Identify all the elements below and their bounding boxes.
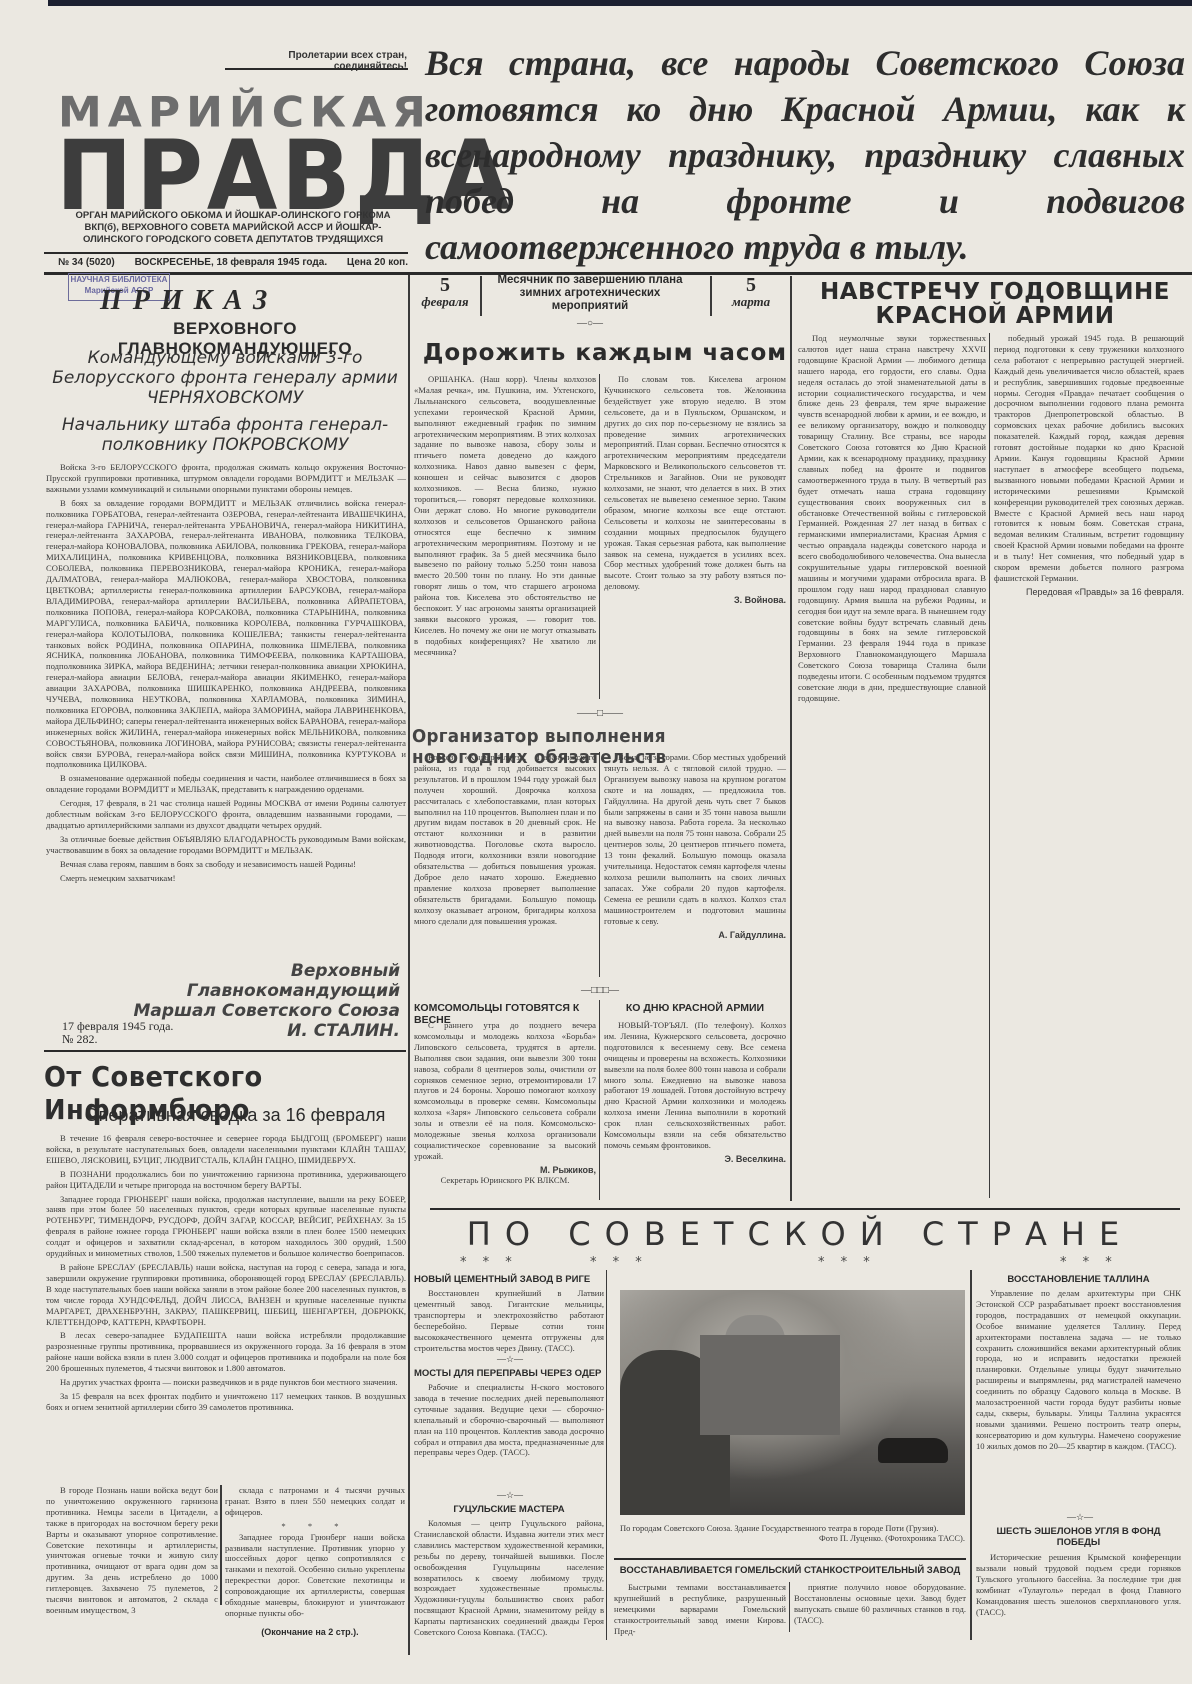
publisher-organ: ОРГАН МАРИЙСКОГО ОБКОМА И ЙОШКАР-ОЛИНСКО… [58, 210, 408, 246]
ornament: —☆— [1050, 1512, 1110, 1523]
ornament: —□□□— [560, 985, 640, 996]
coal-title: ШЕСТЬ ЭШЕЛОНОВ УГЛЯ В ФОНД ПОБЕДЫ [976, 1526, 1181, 1548]
sovinformburo-col-right: склада с патронами и 4 тысячи ручных гра… [225, 1485, 405, 1622]
continued-note: (Окончание на 2 стр.). [215, 1627, 405, 1637]
bridges-title: МОСТЫ ДЛЯ ПЕРЕПРАВЫ ЧЕРЕЗ ОДЕР [414, 1368, 604, 1379]
stars-ornament: * * * [818, 1255, 876, 1270]
month-end-date: 5марта [718, 276, 784, 310]
column-divider [408, 275, 410, 1655]
column-divider [989, 333, 990, 1198]
stars-ornament: * * * [460, 1255, 518, 1270]
lead-headline: Вся страна, все народы Советского Союза … [425, 40, 1185, 270]
agro-article-col2: По словам тов. Киселева агроном Кучкинск… [604, 374, 786, 605]
column-divider [790, 276, 792, 1201]
order-title: ПРИКАЗ [100, 285, 360, 317]
column-divider [599, 1000, 600, 1200]
agro-article-col1: ОРШАНКА. (Наш корр). Члены колхозов «Мал… [414, 374, 596, 661]
gomel-col2: приятие получило новое оборудование. Вос… [794, 1582, 966, 1629]
issue-date: ВОСКРЕСЕНЬЕ, 18 февраля 1945 года. [135, 257, 328, 268]
organizer-col1: Колхоз «Кыдыр-Ялдуз», Параньгинского рай… [414, 752, 596, 930]
order-addressee-commander: Командующему войсками 3-го Белорусского … [40, 348, 410, 408]
divider [480, 276, 482, 316]
anniversary-col2: победный урожай 1945 года. В решающий пе… [994, 333, 1184, 597]
column-divider [599, 752, 600, 977]
ornament: ——□—— [560, 708, 640, 719]
tallinn-text: Управление по делам архитектуры при СНК … [976, 1288, 1181, 1455]
ornament: —○— [560, 318, 620, 329]
column-divider [789, 1582, 790, 1632]
agro-article-title: Дорожить каждым часом [420, 340, 790, 366]
cement-title: НОВЫЙ ЦЕМЕНТНЫЙ ЗАВОД В РИГЕ [414, 1274, 604, 1285]
photo-caption: По городам Советского Союза. Здание Госу… [620, 1523, 965, 1543]
organizer-col2: Весна не за горами. Сбор местных удобрен… [604, 752, 786, 940]
order-date: 17 февраля 1945 года. № 282. [62, 1020, 173, 1046]
issue-line: № 34 (5020) ВОСКРЕСЕНЬЕ, 18 февраля 1945… [58, 257, 408, 268]
section-title-soviet-land: ПО СОВЕТСКОЙ СТРАНЕ [420, 1215, 1180, 1253]
month-start-date: 5февраля [414, 276, 476, 310]
ornament: —☆— [480, 1354, 540, 1365]
komsomol-text: С раннего утра до позднего вечера комсом… [414, 1020, 596, 1186]
issue-price: Цена 20 коп. [347, 257, 408, 268]
cement-text: Восстановлен крупнейший в Латвии цементн… [414, 1288, 604, 1356]
hutsul-text: Коломыя — центр Гуцульского района, Стан… [414, 1518, 604, 1641]
sovinformburo-body: В течение 16 февраля северо-восточнее и … [46, 1133, 406, 1416]
newspaper-page: Пролетарии всех стран, соединяйтесь! МАР… [0, 0, 1192, 1684]
scan-edge [48, 0, 1192, 6]
order-body: Войска 3-го БЕЛОРУССКОГО фронта, продолж… [46, 462, 406, 887]
sovinformburo-col-left: В городе Познань наши войска ведут бои п… [46, 1485, 218, 1619]
column-divider [599, 374, 600, 699]
coal-text: Исторические решения Крымской конференци… [976, 1552, 1181, 1620]
divider [44, 1050, 406, 1052]
anniversary-col1: Под неумолчные звуки торжественных салют… [798, 333, 986, 707]
order-addressee-chief-of-staff: Начальнику штаба фронта генерал-полковни… [40, 415, 410, 455]
agro-banner: Месячник по завершению плана зимних агро… [490, 274, 690, 313]
tallinn-title: ВОССТАНОВЛЕНИЕ ТАЛЛИНА [976, 1274, 1181, 1285]
divider [430, 1208, 1180, 1210]
stars-ornament: * * * [590, 1255, 648, 1270]
hutsul-title: ГУЦУЛЬСКИЕ МАСТЕРА [414, 1504, 604, 1515]
sovinformburo-subtitle: Оперативная сводка за 16 февраля [70, 1105, 400, 1126]
red-army-day-text: НОВЫЙ-ТОРЪЯЛ. (По телефону). Колхоз им. … [604, 1020, 786, 1164]
red-army-day-title: КО ДНЮ КРАСНОЙ АРМИИ [604, 1002, 786, 1014]
issue-number: № 34 (5020) [58, 257, 115, 268]
column-divider [606, 1270, 607, 1640]
divider [44, 252, 408, 254]
divider [710, 276, 712, 316]
gomel-title: ВОССТАНАВЛИВАЕТСЯ ГОМЕЛЬСКИЙ СТАНКОСТРОИ… [614, 1565, 966, 1576]
column-divider [970, 1270, 972, 1640]
ornament: —☆— [480, 1490, 540, 1501]
anniversary-title: НАВСТРЕЧУ ГОДОВЩИНЕ КРАСНОЙ АРМИИ [800, 280, 1190, 328]
photo-poti-theatre [620, 1290, 965, 1515]
gomel-col1: Быстрыми темпами восстанавливается крупн… [614, 1582, 786, 1640]
divider [225, 68, 408, 70]
column-divider [220, 1485, 222, 1605]
bridges-text: Рабочие и специалисты Н-ского мостового … [414, 1382, 604, 1461]
stars-ornament: * * * [1060, 1255, 1118, 1270]
divider [614, 1558, 966, 1560]
